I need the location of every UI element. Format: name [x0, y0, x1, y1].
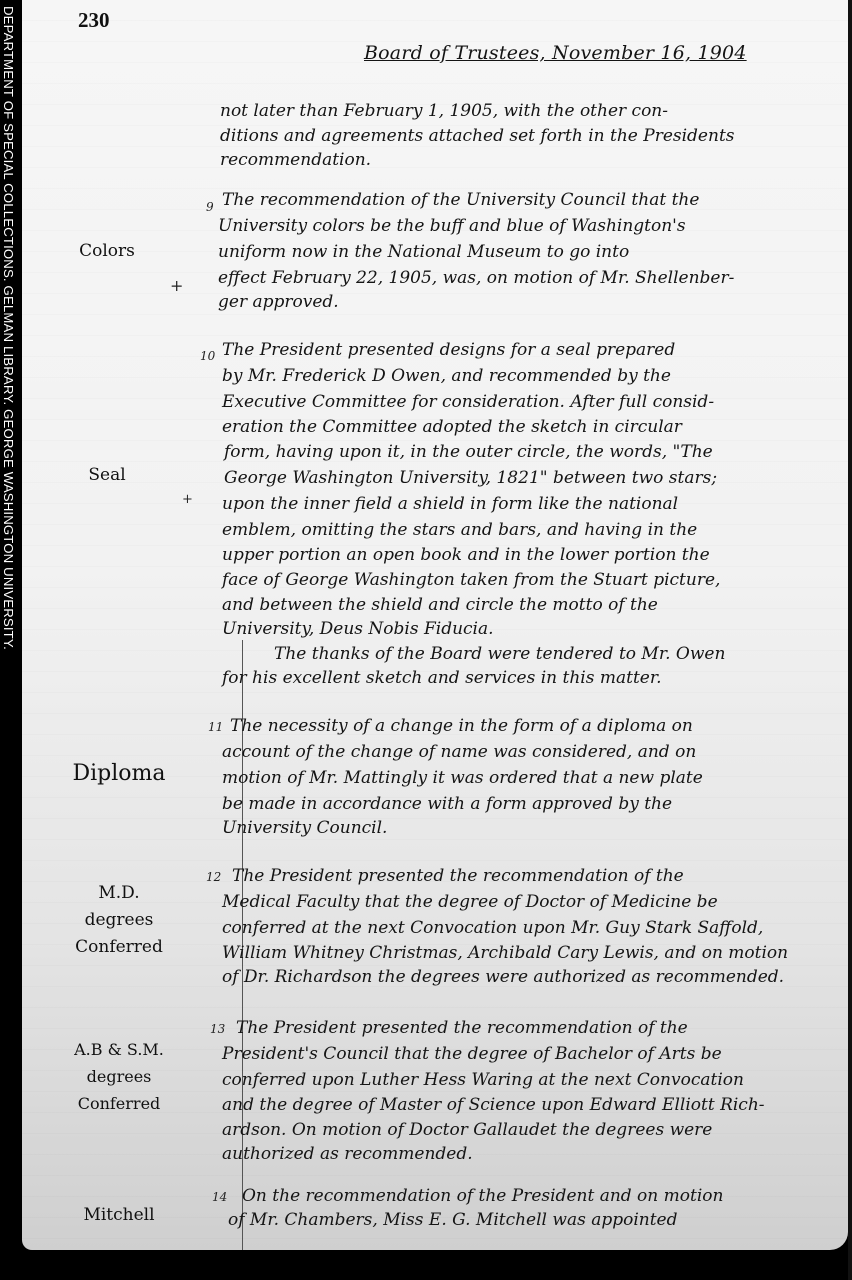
item-line: University Council. — [222, 818, 387, 838]
item-line: motion of Mr. Mattingly it was ordered t… — [222, 768, 703, 788]
item-line: and between the shield and circle the mo… — [222, 595, 658, 615]
item-line: The thanks of the Board were tendered to… — [274, 644, 725, 664]
archive-credit: DEPARTMENT OF SPECIAL COLLECTIONS. GELMA… — [1, 6, 16, 650]
item-line: and the degree of Master of Science upon… — [222, 1095, 765, 1115]
page-edge-shadow — [848, 0, 852, 1280]
item-line: form, having upon it, in the outer circl… — [224, 442, 713, 462]
continuation-line: recommendation. — [220, 150, 371, 170]
item-line: On the recommendation of the President a… — [242, 1186, 723, 1206]
item-line: authorized as recommended. — [222, 1144, 473, 1164]
archive-credit-strip: DEPARTMENT OF SPECIAL COLLECTIONS. GELMA… — [0, 0, 22, 1280]
item-line: uniform now in the National Museum to go… — [218, 242, 629, 262]
item-line: upon the inner field a shield in form li… — [222, 494, 678, 514]
item-line: University colors be the buff and blue o… — [218, 216, 686, 236]
item-line: The recommendation of the University Cou… — [222, 190, 699, 210]
plus-mark-icon: + — [170, 276, 183, 295]
margin-note-colors: Colors — [52, 238, 162, 265]
ledger-page: 230 Board of Trustees, November 16, 1904… — [22, 0, 848, 1250]
item-line: Executive Committee for consideration. A… — [222, 392, 714, 412]
item-line: face of George Washington taken from the… — [222, 570, 720, 590]
item-line: upper portion an open book and in the lo… — [222, 545, 710, 565]
item-line: The President presented the recommendati… — [236, 1018, 688, 1038]
item-line: The necessity of a change in the form of… — [230, 716, 693, 736]
item-line: President's Council that the degree of B… — [222, 1044, 722, 1064]
item-line: ardson. On motion of Doctor Gallaudet th… — [222, 1120, 712, 1140]
item-line: effect February 22, 1905, was, on motion… — [218, 268, 734, 288]
item-number: 12 — [206, 870, 221, 884]
margin-note-mitchell: Mitchell — [54, 1202, 184, 1229]
margin-note-diploma: Diploma — [44, 760, 194, 787]
item-line: for his excellent sketch and services in… — [222, 668, 662, 688]
margin-note-md-degrees: M.D. degrees Conferred — [44, 880, 194, 961]
item-line: eration the Committee adopted the sketch… — [222, 417, 682, 437]
item-number: 11 — [208, 720, 223, 734]
item-line: William Whitney Christmas, Archibald Car… — [222, 943, 788, 963]
item-number: 14 — [212, 1190, 227, 1204]
page-number: 230 — [78, 8, 110, 33]
item-number: 9 — [206, 200, 214, 214]
margin-note-ab-sm-degrees: A.B & S.M. degrees Conferred — [44, 1036, 194, 1117]
item-line: conferred upon Luther Hess Waring at the… — [222, 1070, 744, 1090]
item-line: George Washington University, 1821" betw… — [224, 468, 717, 488]
item-line: The President presented designs for a se… — [222, 340, 675, 360]
item-number: 10 — [200, 349, 215, 363]
item-line: The President presented the recommendati… — [232, 866, 684, 886]
margin-note-seal: Seal — [52, 462, 162, 489]
item-line: of Mr. Chambers, Miss E. G. Mitchell was… — [228, 1210, 678, 1230]
item-number: 13 — [210, 1022, 225, 1036]
item-line: account of the change of name was consid… — [222, 742, 696, 762]
item-line: by Mr. Frederick D Owen, and recommended… — [222, 366, 671, 386]
item-line: be made in accordance with a form approv… — [222, 794, 672, 814]
tick-mark-icon: + — [182, 492, 193, 507]
item-line: conferred at the next Convocation upon M… — [222, 918, 763, 938]
page-heading: Board of Trustees, November 16, 1904 — [364, 42, 747, 64]
item-line: Medical Faculty that the degree of Docto… — [222, 892, 718, 912]
continuation-line: not later than February 1, 1905, with th… — [220, 101, 668, 121]
item-line: of Dr. Richardson the degrees were autho… — [222, 967, 784, 987]
item-line: emblem, omitting the stars and bars, and… — [222, 520, 697, 540]
item-line: University, Deus Nobis Fiducia. — [222, 619, 494, 639]
continuation-line: ditions and agreements attached set fort… — [220, 126, 735, 146]
item-line: ger approved. — [218, 292, 339, 312]
